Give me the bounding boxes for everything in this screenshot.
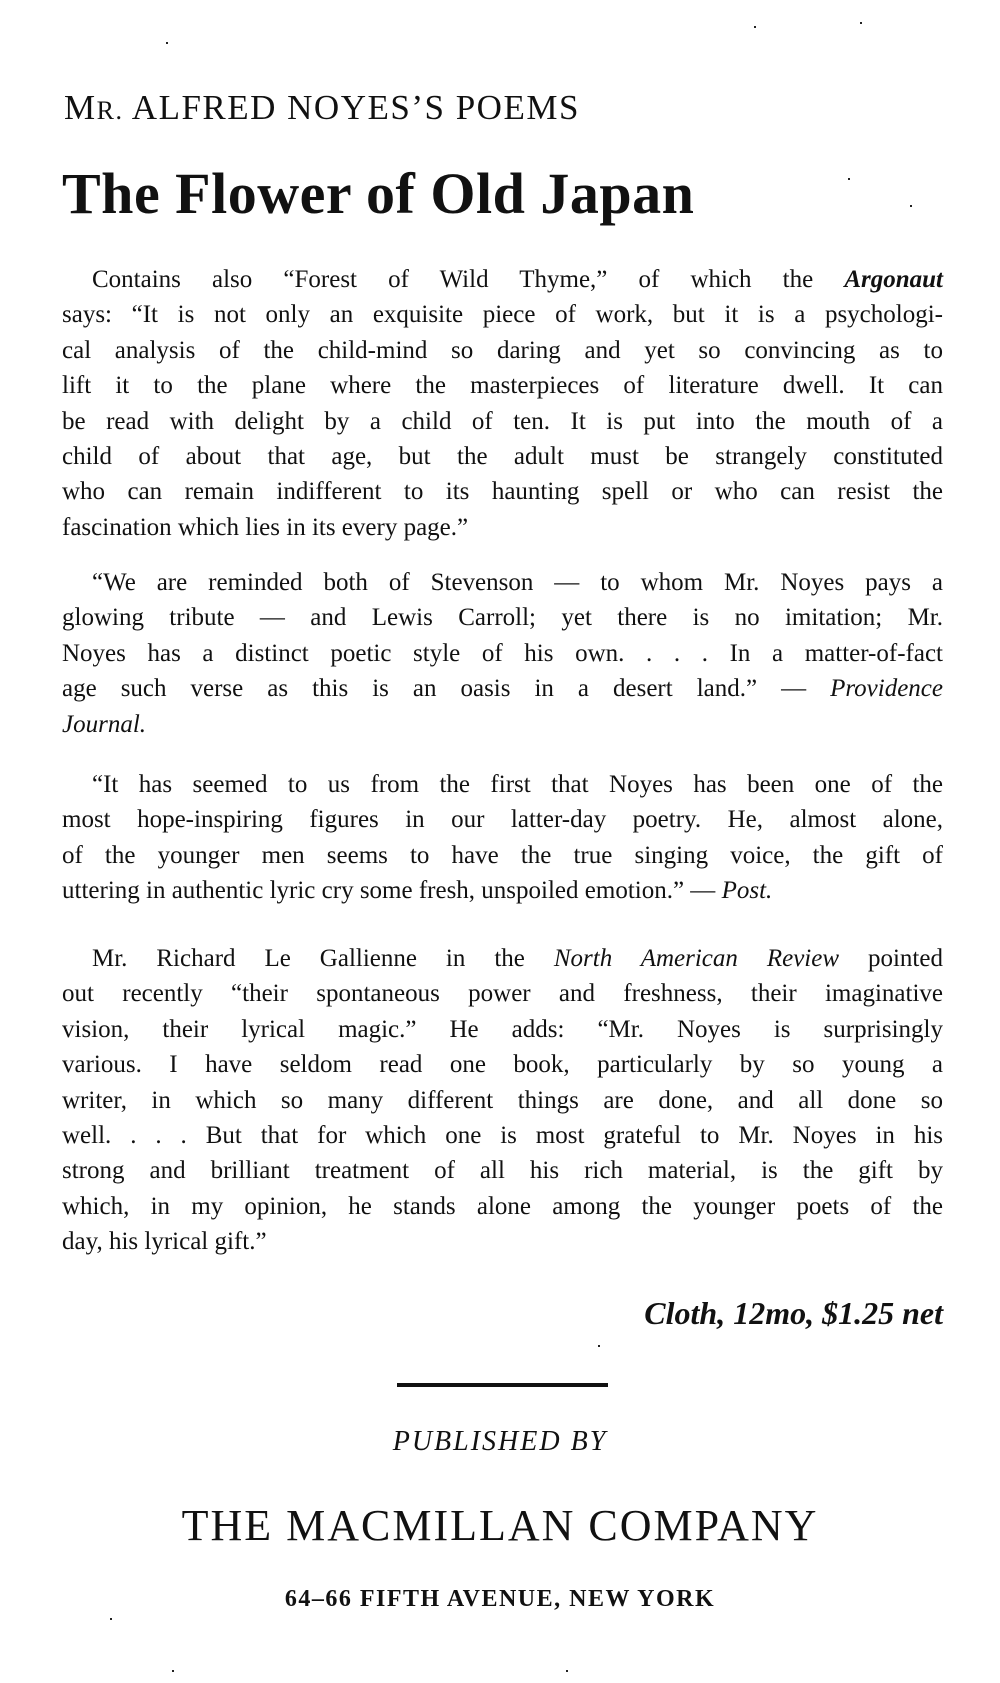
- divider-rule: [397, 1383, 608, 1387]
- series-heading-prefix-smallcaps: R.: [97, 96, 124, 125]
- scan-speck: [910, 205, 912, 207]
- body-text-run: “We are reminded both of Stevenson — to …: [92, 569, 943, 596]
- emphasis-text-run: Journal.: [62, 711, 146, 738]
- body-text-run: says: “It is not only an exquisite piece…: [62, 301, 943, 328]
- body-text-run: various. I have seldom read one book, pa…: [62, 1051, 943, 1078]
- body-text-run: which, in my opinion, he stands alone am…: [62, 1193, 943, 1220]
- body-text-run: lift it to the plane where the masterpie…: [62, 372, 943, 399]
- body-text-run: day, his lyrical gift.”: [62, 1228, 267, 1255]
- body-line: “It has seemed to us from the first that…: [92, 768, 943, 802]
- emphasis-text-run: North American Review: [554, 945, 839, 972]
- body-line: Journal.: [62, 708, 943, 742]
- body-text-run: of the younger men seems to have the tru…: [62, 842, 943, 869]
- body-line: child of about that age, but the adult m…: [62, 440, 943, 474]
- scan-speck: [754, 26, 756, 28]
- body-line: strong and brilliant treatment of all hi…: [62, 1154, 943, 1188]
- body-text-run: age such verse as this is an oasis in a …: [62, 675, 830, 702]
- body-text-run: child of about that age, but the adult m…: [62, 443, 943, 470]
- body-line: fascination which lies in its every page…: [62, 511, 943, 545]
- body-text-run: well. . . . But that for which one is mo…: [62, 1122, 943, 1149]
- body-line: glowing tribute — and Lewis Carroll; yet…: [62, 601, 943, 635]
- body-line: lift it to the plane where the masterpie…: [62, 369, 943, 403]
- body-line: well. . . . But that for which one is mo…: [62, 1119, 943, 1153]
- body-line: says: “It is not only an exquisite piece…: [62, 298, 943, 332]
- body-text-run: fascination which lies in its every page…: [62, 514, 468, 541]
- body-line: Contains also “Forest of Wild Thyme,” of…: [92, 263, 943, 297]
- series-heading-prefix: M: [64, 88, 97, 127]
- emphasis-text-run: Argonaut: [844, 266, 943, 293]
- scan-speck: [860, 22, 862, 24]
- body-line: day, his lyrical gift.”: [62, 1225, 943, 1259]
- series-heading: MR. ALFRED NOYES’S POEMS: [64, 88, 580, 128]
- body-text-run: most hope-inspiring figures in our latte…: [62, 806, 943, 833]
- body-text-run: who can remain indifferent to its haunti…: [62, 478, 943, 505]
- body-line: various. I have seldom read one book, pa…: [62, 1048, 943, 1082]
- price-line: Cloth, 12mo, $1.25 net: [644, 1295, 943, 1332]
- body-text-run: strong and brilliant treatment of all hi…: [62, 1157, 943, 1184]
- body-text-run: pointed: [839, 945, 943, 972]
- scan-speck: [110, 1618, 112, 1620]
- body-line: most hope-inspiring figures in our latte…: [62, 803, 943, 837]
- body-text-run: uttering in authentic lyric cry some fre…: [62, 877, 722, 904]
- book-title: The Flower of Old Japan: [62, 160, 694, 227]
- body-text-run: vision, their lyrical magic.” He adds: “…: [62, 1016, 943, 1043]
- body-line: out recently “their spontaneous power an…: [62, 977, 943, 1011]
- series-heading-text: ALFRED NOYES’S POEMS: [123, 88, 579, 127]
- body-text-run: Contains also “Forest of Wild Thyme,” of…: [92, 266, 844, 293]
- scan-speck: [566, 1670, 568, 1672]
- advertisement-page: MR. ALFRED NOYES’S POEMS The Flower of O…: [0, 0, 1000, 1683]
- body-line: of the younger men seems to have the tru…: [62, 839, 943, 873]
- scan-speck: [598, 1345, 600, 1347]
- body-line: who can remain indifferent to its haunti…: [62, 475, 943, 509]
- body-line: Noyes has a distinct poetic style of his…: [62, 637, 943, 671]
- body-line: writer, in which so many different thing…: [62, 1084, 943, 1118]
- body-text-run: out recently “their spontaneous power an…: [62, 980, 943, 1007]
- published-by-label: PUBLISHED BY: [0, 1426, 1000, 1458]
- body-line: cal analysis of the child-mind so daring…: [62, 334, 943, 368]
- body-line: vision, their lyrical magic.” He adds: “…: [62, 1013, 943, 1047]
- body-line: uttering in authentic lyric cry some fre…: [62, 874, 943, 908]
- scan-speck: [172, 1670, 174, 1672]
- publisher-name: THE MACMILLAN COMPANY: [0, 1500, 1000, 1551]
- body-line: age such verse as this is an oasis in a …: [62, 672, 943, 706]
- body-line: which, in my opinion, he stands alone am…: [62, 1190, 943, 1224]
- emphasis-text-run: Post.: [722, 877, 773, 904]
- body-text-run: be read with delight by a child of ten. …: [62, 408, 943, 435]
- body-text-run: writer, in which so many different thing…: [62, 1087, 943, 1114]
- body-line: Mr. Richard Le Gallienne in the North Am…: [92, 942, 943, 976]
- scan-speck: [166, 42, 168, 44]
- publisher-address: 64–66 FIFTH AVENUE, NEW YORK: [0, 1586, 1000, 1613]
- body-line: be read with delight by a child of ten. …: [62, 405, 943, 439]
- body-line: “We are reminded both of Stevenson — to …: [92, 566, 943, 600]
- body-text-run: “It has seemed to us from the first that…: [92, 771, 943, 798]
- emphasis-text-run: Providence: [830, 675, 943, 702]
- scan-speck: [848, 178, 850, 180]
- body-text-run: cal analysis of the child-mind so daring…: [62, 337, 943, 364]
- body-text-run: Mr. Richard Le Gallienne in the: [92, 945, 554, 972]
- body-text-run: Noyes has a distinct poetic style of his…: [62, 640, 943, 667]
- body-text-run: glowing tribute — and Lewis Carroll; yet…: [62, 604, 943, 631]
